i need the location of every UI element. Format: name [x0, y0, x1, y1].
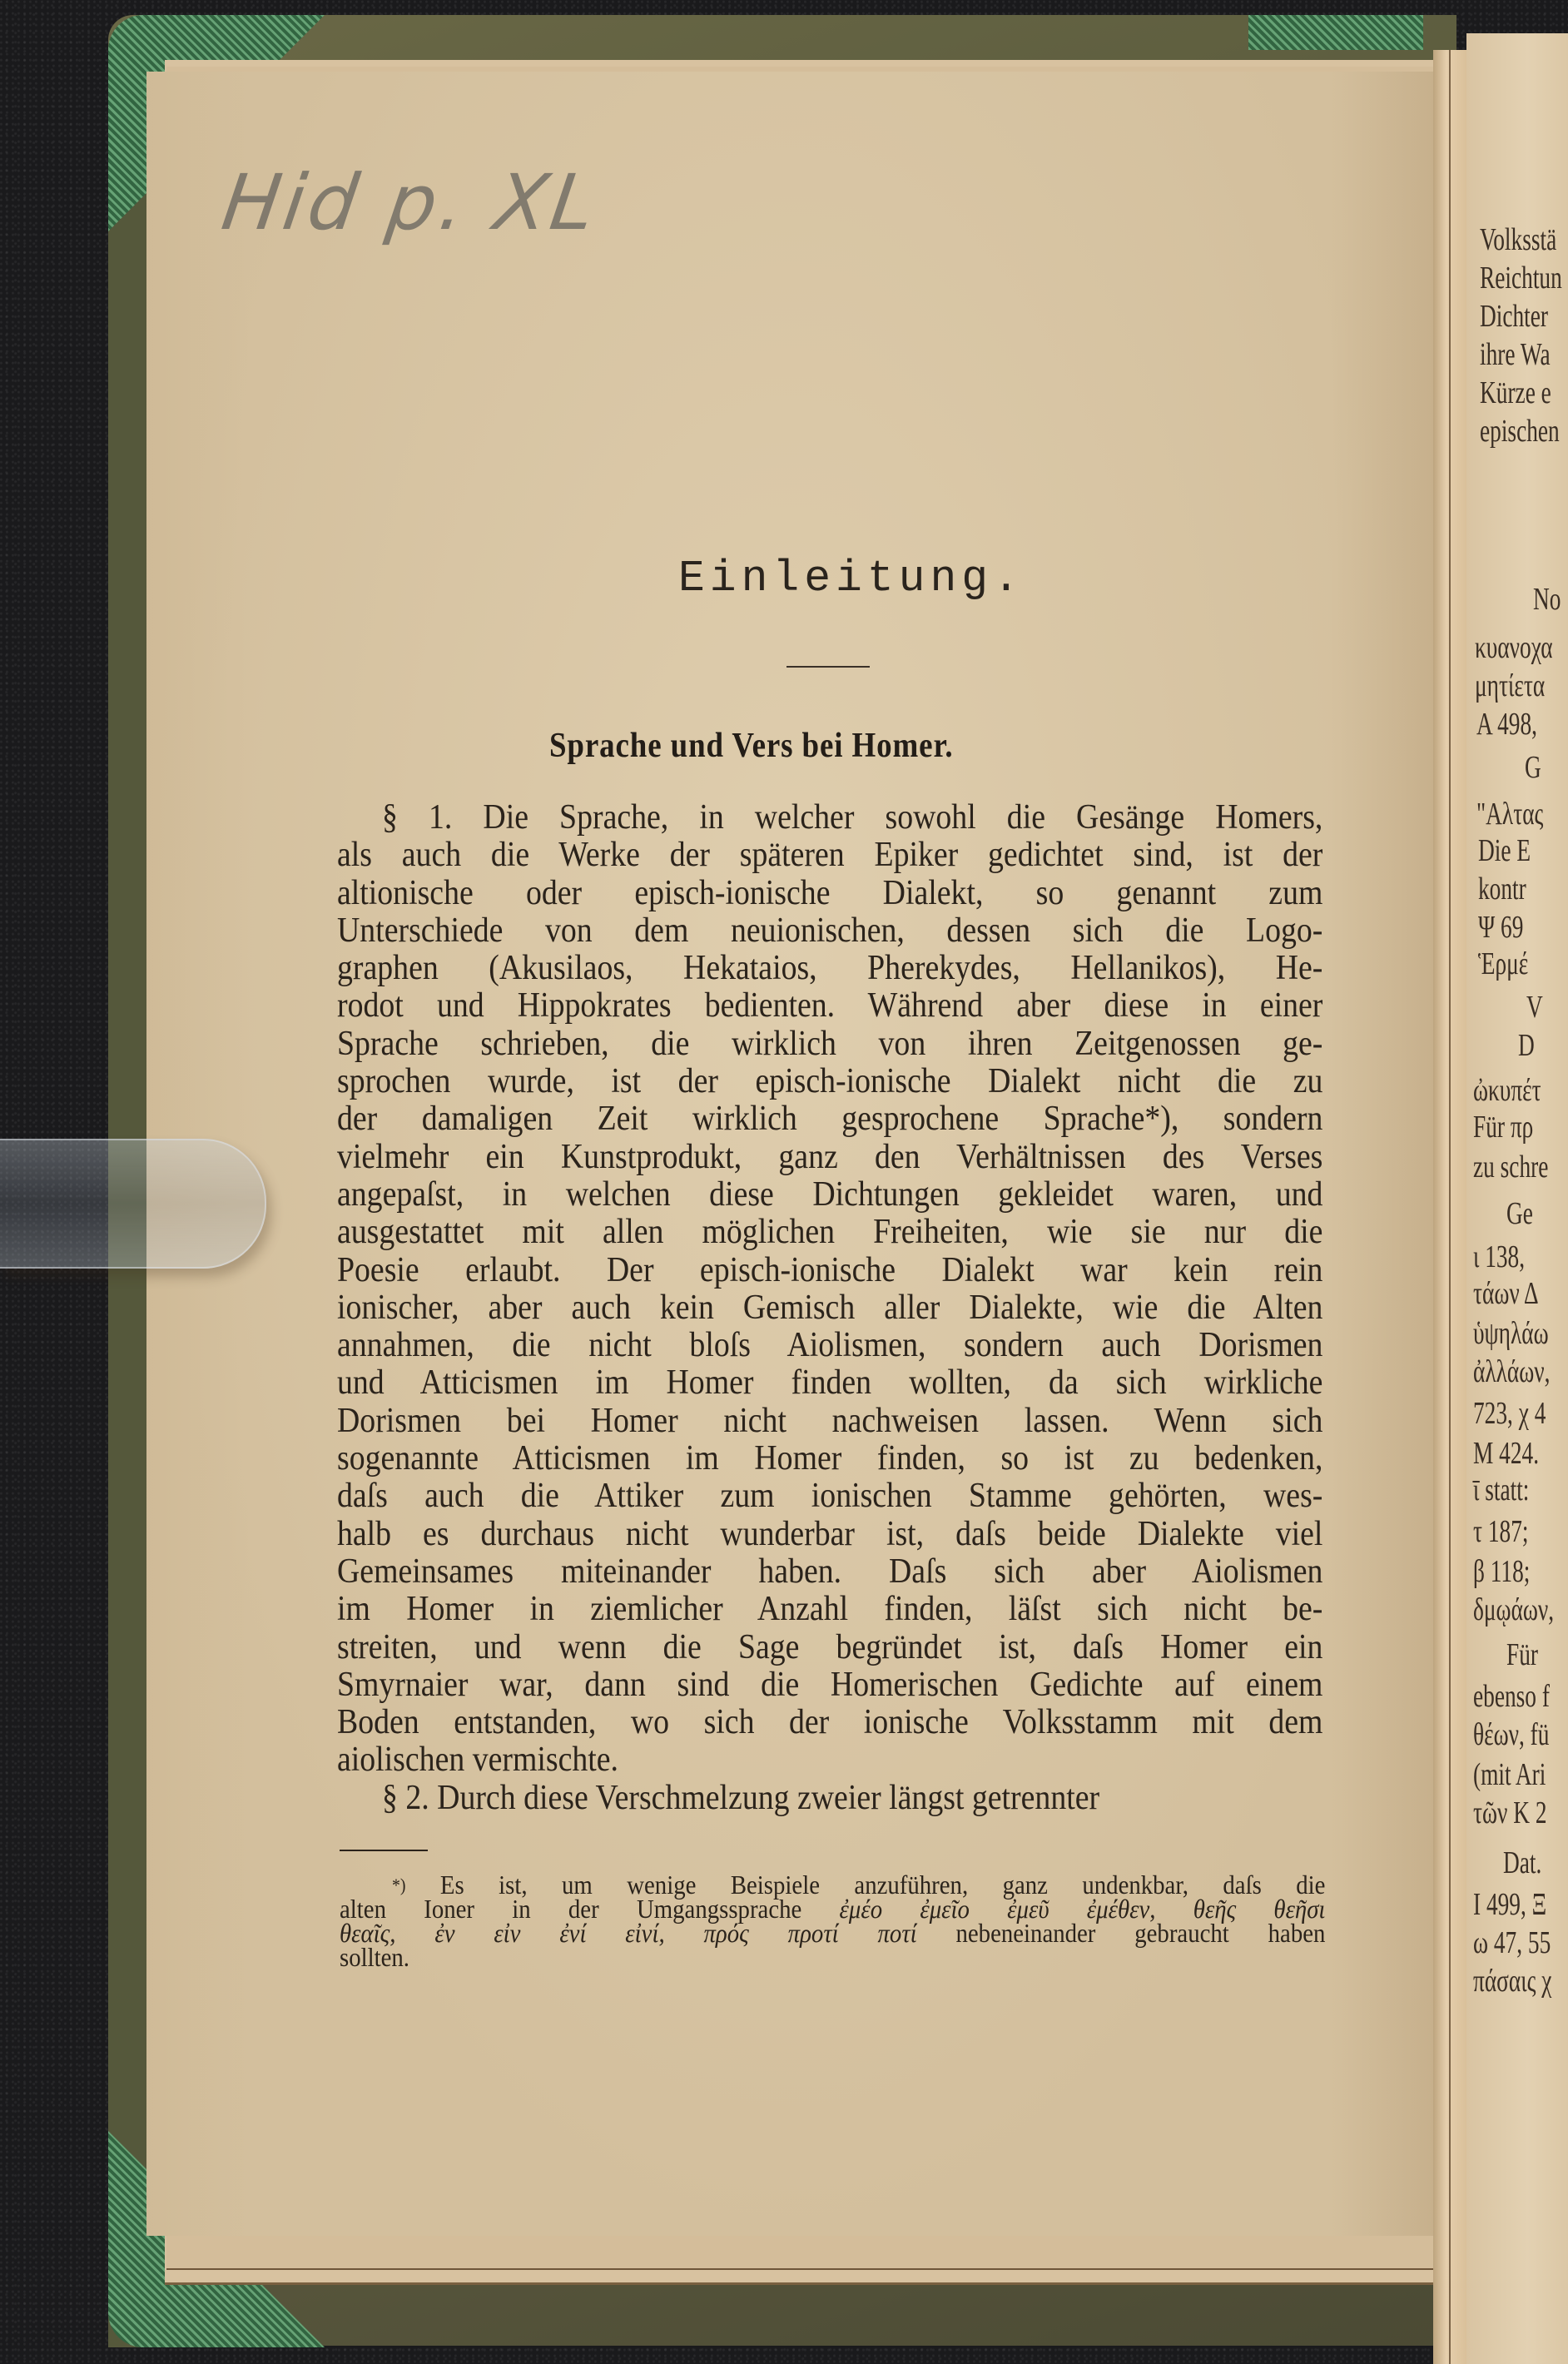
facing-page-line: kontr [1478, 871, 1526, 907]
facing-page-line: Für πρ [1473, 1109, 1533, 1145]
body-line: ausgestattet mit allen möglichen Freihei… [337, 1214, 1322, 1251]
facing-page-line: Für [1506, 1636, 1538, 1673]
body-line: halb es durchaus nicht wunderbar ist, da… [337, 1516, 1322, 1553]
facing-page-line: G [1525, 749, 1541, 786]
facing-page-line: πάσαις χ [1473, 1963, 1551, 1999]
facing-page-line: ὑψηλάω [1473, 1315, 1549, 1352]
facing-page-line: Reichtun [1480, 260, 1562, 296]
section-title: Sprache und Vers bei Homer. [549, 726, 953, 766]
transparent-bookmark-strip [0, 1139, 266, 1269]
footnote-rule [340, 1850, 428, 1851]
footnote-line: sollten. [340, 1945, 1325, 1969]
facing-page-line: Ι 499, Ξ [1473, 1886, 1546, 1923]
facing-page-line: β 118; [1473, 1553, 1530, 1590]
handwritten-pencil-note: Hid p. XL [216, 158, 603, 247]
facing-page-line: zu schre [1473, 1149, 1548, 1185]
facing-page-line: epischen [1480, 413, 1560, 449]
facing-page-line: "Αλτας [1476, 796, 1543, 832]
body-line: Dorismen bei Homer nicht nachweisen lass… [337, 1403, 1322, 1440]
heading-rule [786, 666, 870, 668]
facing-page-line: (mit Ari [1473, 1756, 1546, 1793]
body-line: aiolischen vermischte. [337, 1741, 1322, 1779]
body-line: Poesie erlaubt. Der episch-ionische Dial… [337, 1252, 1322, 1289]
body-line: ionischer, aber auch kein Gemisch aller … [337, 1289, 1322, 1327]
footnote-greek: θεαῖς, ἐν εἰν ἐνί εἰνί, πρός προτί ποτί [340, 1918, 917, 1948]
facing-page-line: Kürze e [1480, 375, 1551, 411]
facing-page-line: τ 187; [1473, 1513, 1528, 1550]
facing-page-line: Ge [1506, 1195, 1533, 1232]
body-line: daſs auch die Attiker zum ionischen Stam… [337, 1477, 1322, 1515]
facing-page-line: ι 138, [1473, 1239, 1525, 1275]
facing-page-line: No [1533, 581, 1561, 618]
facing-page-line: V [1526, 989, 1543, 1026]
facing-page-line: ihre Wa [1480, 336, 1551, 373]
facing-page-line: Α 498, [1476, 706, 1537, 742]
cloth-spine-top [1248, 15, 1423, 50]
body-line: als auch die Werke der späteren Epiker g… [337, 837, 1322, 874]
facing-page-line: θέων, fü [1473, 1716, 1549, 1753]
facing-page-line: D [1518, 1027, 1535, 1064]
facing-page-line: κυανοχα [1475, 629, 1553, 666]
footnote-text: nebeneinander gebraucht haben [955, 1918, 1325, 1948]
facing-page-line: Dat. [1503, 1845, 1541, 1881]
facing-page-line: δμῳάων, [1473, 1592, 1554, 1628]
facing-page-line: Μ 424. [1473, 1435, 1539, 1472]
body-line: vielmehr ein Kunstprodukt, ganz den Verh… [337, 1139, 1322, 1176]
body-line: graphen (Akusilaos, Hekataios, Pherekyde… [337, 950, 1322, 987]
facing-page-line: 723, χ 4 [1473, 1395, 1546, 1432]
body-text: § 1. Die Sprache, in welcher sowohl die … [337, 799, 1323, 1817]
facing-page-line: ὠκυπέτ [1473, 1072, 1541, 1109]
body-line: Boden entstanden, wo sich der ionische V… [337, 1704, 1322, 1741]
body-line: § 1. Die Sprache, in welcher sowohl die … [337, 799, 1322, 837]
facing-page-line: Ψ 69 [1478, 909, 1523, 946]
chapter-title: Einleitung. [678, 554, 1025, 603]
facing-page-line: Dichter [1480, 298, 1548, 335]
facing-page-line: Die E [1478, 832, 1531, 869]
facing-page-line: ῑ statt: [1473, 1472, 1529, 1508]
facing-page-line: τάων Δ [1473, 1275, 1539, 1312]
body-line: streiten, und wenn die Sage begründet is… [337, 1629, 1322, 1666]
body-line: angepaſst, in welchen diese Dichtungen g… [337, 1176, 1322, 1214]
facing-page-line: ebenso f [1473, 1678, 1550, 1715]
body-line: rodot und Hippokrates bedienten. Während… [337, 987, 1322, 1025]
body-line: und Atticismen im Homer finden wollten, … [337, 1364, 1322, 1402]
facing-page-line: Ἑρμέ [1478, 946, 1528, 982]
facing-page-right: VolksstäReichtunDichterihre WaKürze eepi… [1466, 33, 1568, 2364]
facing-page-line: μητίετα [1475, 668, 1545, 704]
body-line: altionische oder episch-ionische Dialekt… [337, 875, 1322, 912]
body-line: Unterschiede von dem neuionischen, desse… [337, 912, 1322, 950]
body-line: annahmen, die nicht bloſs Aiolismen, son… [337, 1327, 1322, 1364]
gutter-crease [1449, 50, 1451, 2364]
body-line: § 2. Durch diese Verschmelzung zweier lä… [337, 1780, 1322, 1817]
body-line: der damaligen Zeit wirklich gesprochene … [337, 1100, 1322, 1138]
body-line: Sprache schrieben, die wirklich von ihre… [337, 1026, 1322, 1063]
footnote-marker: *) [392, 1875, 405, 1895]
facing-page-line: Volksstä [1480, 221, 1556, 258]
body-line: Gemeinsames miteinander haben. Daſs sich… [337, 1553, 1322, 1591]
body-line: im Homer in ziemlicher Anzahl finden, lä… [337, 1591, 1322, 1628]
footnote: *) Es ist, um wenige Beispiele anzuführe… [340, 1873, 1326, 1969]
footnote-line: θεαῖς, ἐν εἰν ἐνί εἰνί, πρός προτί ποτί … [340, 1921, 1325, 1945]
body-line: Smyrnaier war, dann sind die Homerischen… [337, 1666, 1322, 1704]
body-line: sprochen wurde, ist der episch-ionische … [337, 1063, 1322, 1100]
facing-page-line: ω 47, 55 [1473, 1924, 1551, 1961]
body-line: sogenannte Atticismen im Homer finden, s… [337, 1440, 1322, 1477]
facing-page-line: ἀλλάων, [1473, 1353, 1550, 1390]
facing-page-line: τῶν Κ 2 [1473, 1795, 1546, 1831]
